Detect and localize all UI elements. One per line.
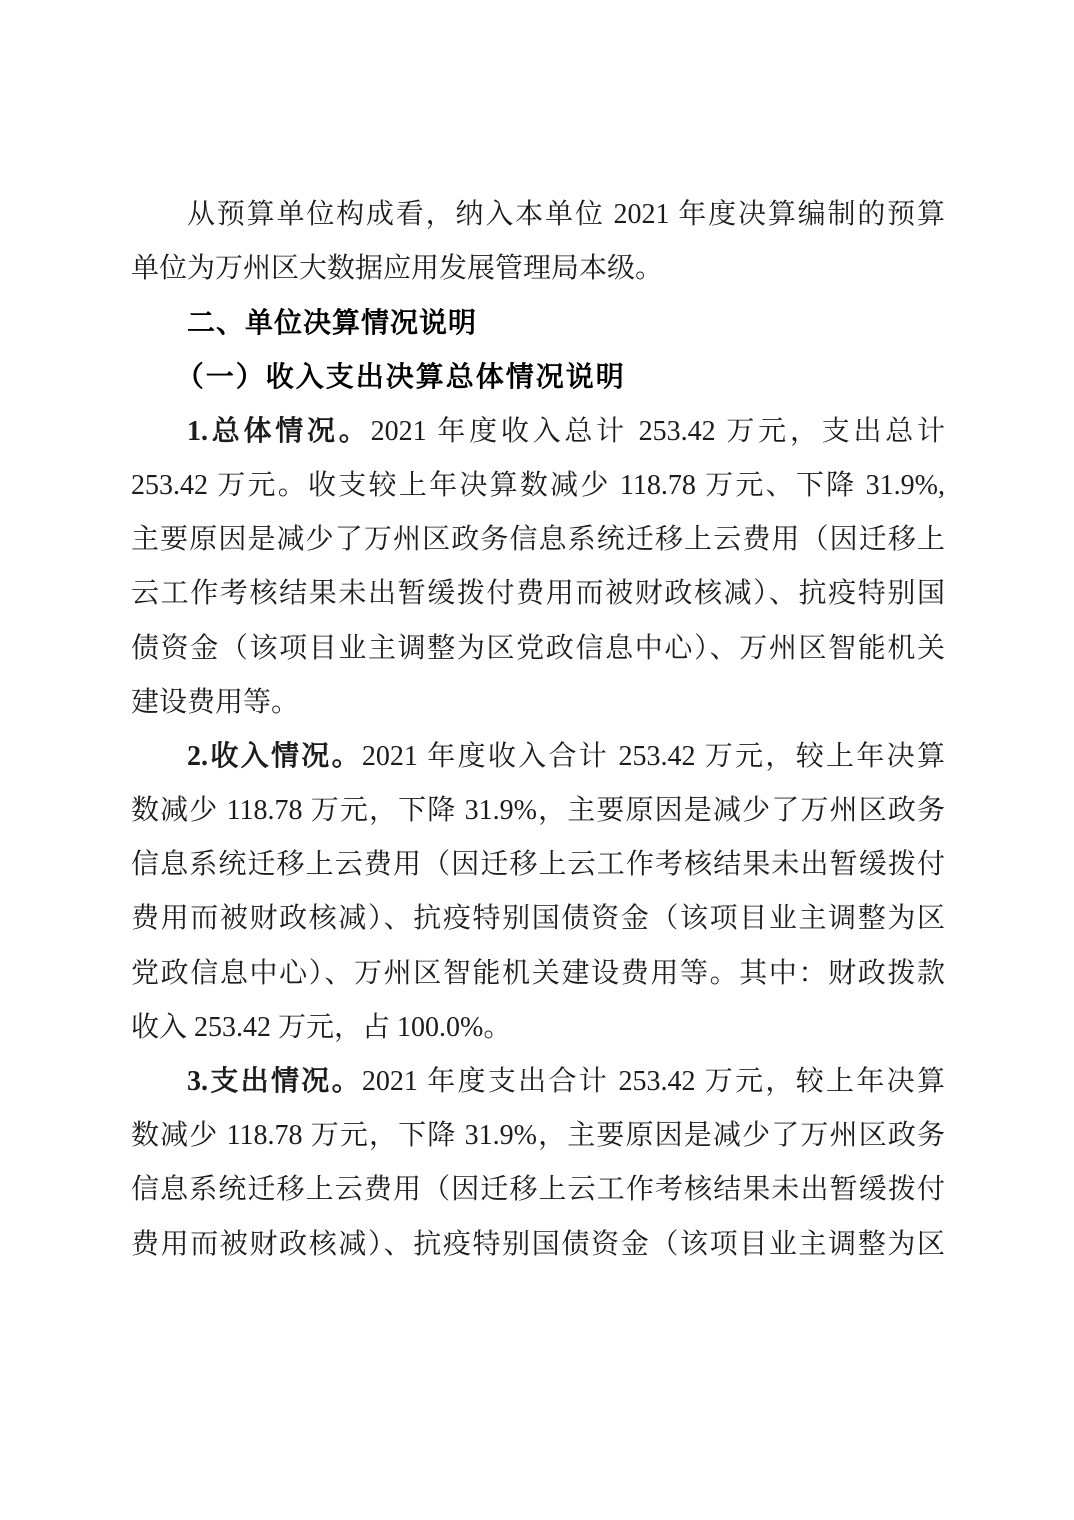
paragraph-2-line-3: 信息系统迁移上云费用（因迁移上云工作考核结果未出暂缓拨付 [131,838,945,892]
paragraph-1-first-text: 2021 年度收入总计 253.42 万元，支出总计 [371,416,945,447]
section-heading: 二、单位决算情况说明 [131,296,945,350]
paragraph-2-lead: 2.收入情况。 [187,741,362,772]
paragraph-3-lead: 3.支出情况。 [187,1066,362,1097]
paragraph-2-first-text: 2021 年度收入合计 253.42 万元，较上年决算 [362,741,945,772]
paragraph-2-line-1: 2.收入情况。2021 年度收入合计 253.42 万元，较上年决算 [131,730,945,784]
intro-line-2: 单位为万州区大数据应用发展管理局本级。 [131,242,945,296]
intro-line-1: 从预算单位构成看，纳入本单位 2021 年度决算编制的预算 [131,188,945,242]
paragraph-1-line-5: 债资金（该项目业主调整为区党政信息中心）、万州区智能机关 [131,622,945,676]
paragraph-2-line-5: 党政信息中心）、万州区智能机关建设费用等。其中：财政拨款 [131,947,945,1001]
paragraph-2-line-4: 费用而被财政核减）、抗疫特别国债资金（该项目业主调整为区 [131,892,945,946]
paragraph-3-line-3: 信息系统迁移上云费用（因迁移上云工作考核结果未出暂缓拨付 [131,1163,945,1217]
paragraph-3-line-1: 3.支出情况。2021 年度支出合计 253.42 万元，较上年决算 [131,1055,945,1109]
paragraph-3-line-4: 费用而被财政核减）、抗疫特别国债资金（该项目业主调整为区 [131,1218,945,1272]
paragraph-1-line-6: 建设费用等。 [131,676,945,730]
subsection-heading: （一）收入支出决算总体情况说明 [131,351,945,405]
document-page: 从预算单位构成看，纳入本单位 2021 年度决算编制的预算 单位为万州区大数据应… [0,0,1074,1520]
paragraph-3-line-2: 数减少 118.78 万元，下降 31.9%，主要原因是减少了万州区政务 [131,1109,945,1163]
document-content: 从预算单位构成看，纳入本单位 2021 年度决算编制的预算 单位为万州区大数据应… [131,188,945,1272]
paragraph-2-line-2: 数减少 118.78 万元，下降 31.9%，主要原因是减少了万州区政务 [131,784,945,838]
paragraph-1-lead: 1.总体情况。 [187,416,371,447]
paragraph-1-line-1: 1.总体情况。2021 年度收入总计 253.42 万元，支出总计 [131,405,945,459]
paragraph-1-line-4: 云工作考核结果未出暂缓拨付费用而被财政核减）、抗疫特别国 [131,567,945,621]
subsection-heading-text: （一）收入支出决算总体情况说明 [176,362,626,393]
paragraph-2-line-6: 收入 253.42 万元，占 100.0%。 [131,1001,945,1055]
paragraph-1-line-2: 253.42 万元。收支较上年决算数减少 118.78 万元、下降 31.9%, [131,459,945,513]
paragraph-1-line-3: 主要原因是减少了万州区政务信息系统迁移上云费用（因迁移上 [131,513,945,567]
paragraph-3-first-text: 2021 年度支出合计 253.42 万元，较上年决算 [362,1066,945,1097]
